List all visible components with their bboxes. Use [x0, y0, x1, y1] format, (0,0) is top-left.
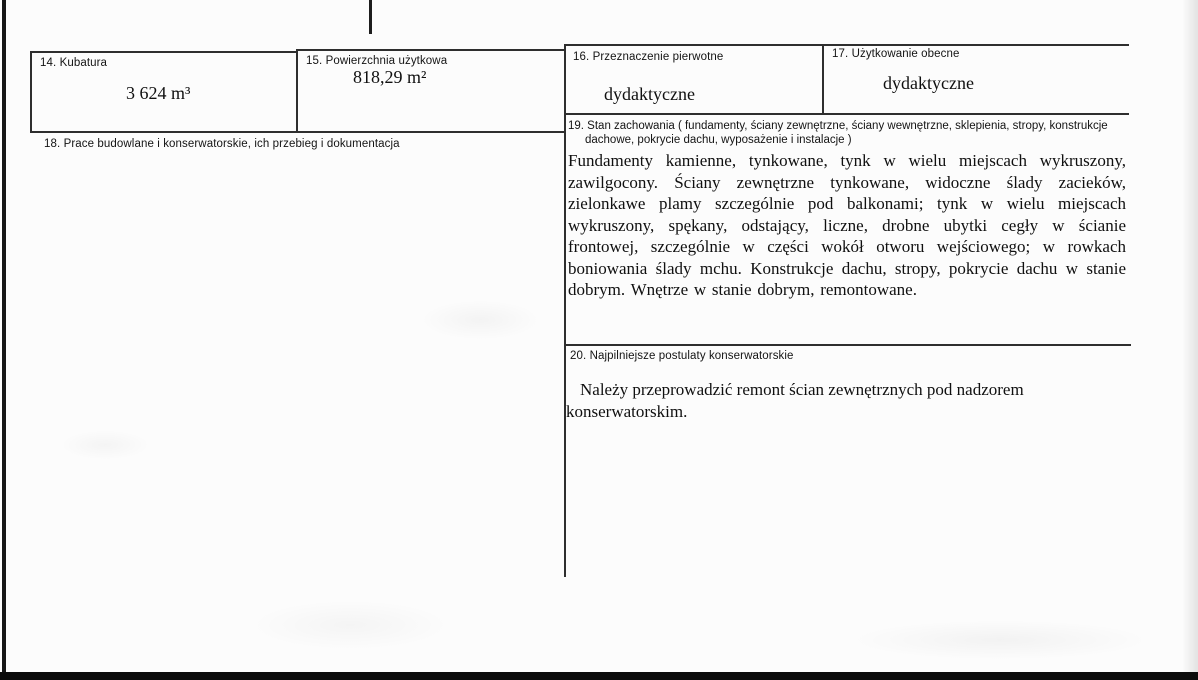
field17-value: dydaktyczne: [883, 73, 974, 94]
box16-17-top-border: [564, 44, 1129, 46]
box14-left-border: [30, 51, 32, 133]
scan-edge-right: [1182, 0, 1198, 672]
page-fold-mark: [369, 0, 372, 34]
scan-smudge: [250, 600, 450, 650]
scan-smudge: [850, 620, 1150, 660]
box16-17-divider: [822, 44, 824, 113]
scanned-form-page: 14. Kubatura 3 624 m³ 15. Powierzchnia u…: [0, 0, 1198, 680]
box19-20-divider: [564, 344, 1131, 346]
scan-edge-bottom: [0, 672, 1198, 680]
field15-value: 818,29 m²: [353, 67, 426, 88]
left-column-divider: [31, 131, 564, 133]
scan-smudge: [60, 430, 150, 460]
box16-17-bottom-border: [564, 113, 1129, 115]
center-column-divider: [564, 44, 566, 577]
field20-label: 20. Najpilniejsze postulaty konserwators…: [570, 350, 794, 362]
field19-value: Fundamenty kamienne, tynkowane, tynk w w…: [568, 150, 1126, 301]
box14-15-divider: [296, 49, 298, 133]
field16-label: 16. Przeznaczenie pierwotne: [573, 51, 723, 63]
field14-value: 3 624 m³: [126, 83, 190, 104]
field16-value: dydaktyczne: [604, 84, 695, 105]
field14-label: 14. Kubatura: [40, 57, 107, 69]
field15-label: 15. Powierzchnia użytkowa: [306, 55, 447, 67]
field20-value: Należy przeprowadzić remont ścian zewnęt…: [566, 379, 1111, 422]
field19-label: 19. Stan zachowania ( fundamenty, ściany…: [568, 119, 1137, 147]
field18-label: 18. Prace budowlane i konserwatorskie, i…: [44, 138, 400, 150]
field17-label: 17. Użytkowanie obecne: [832, 48, 960, 60]
box15-top-border: [297, 49, 565, 51]
box14-top-border: [30, 51, 297, 53]
scan-smudge: [420, 300, 540, 340]
scan-edge-left: [2, 0, 6, 680]
